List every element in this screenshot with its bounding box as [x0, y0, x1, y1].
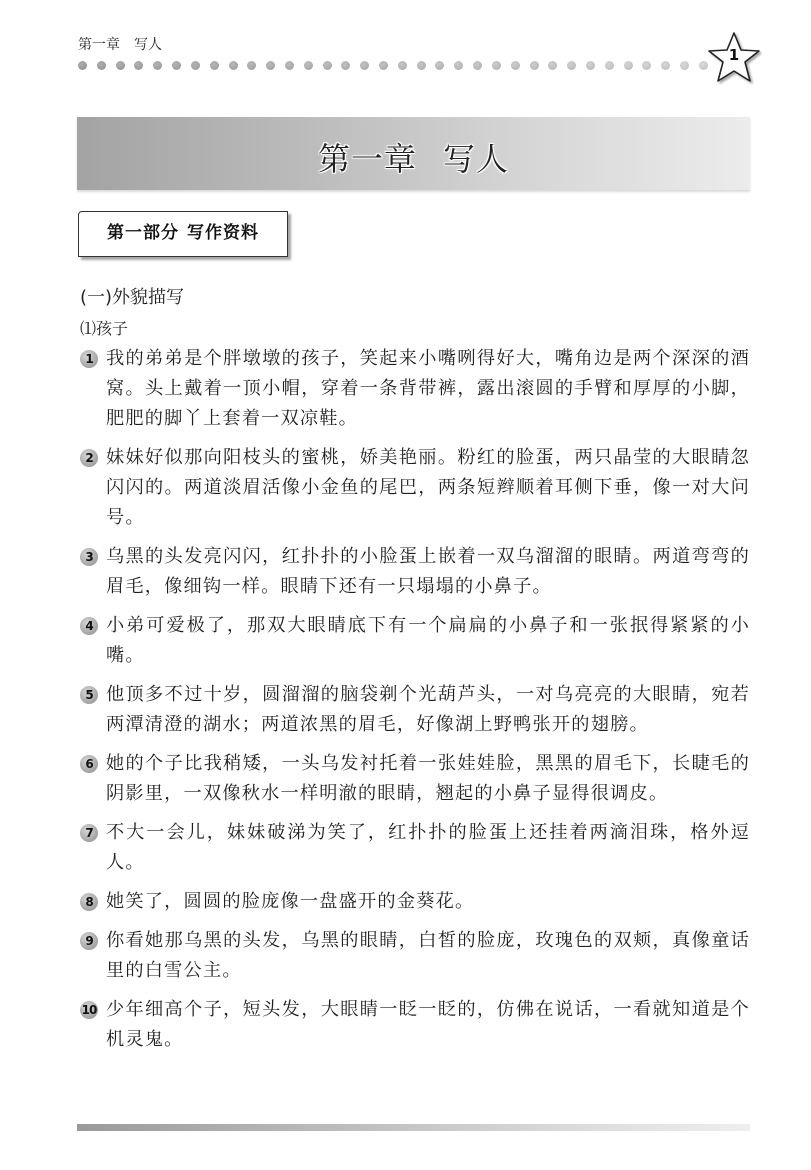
section-label-box: 第一部分写作资料: [78, 211, 288, 257]
dot: [78, 61, 87, 70]
number-badge: 8: [80, 893, 98, 911]
dot: [417, 61, 426, 70]
dot: [567, 61, 576, 70]
list-item: 10少年细高个子，短头发，大眼睛一眨一眨的，仿佛在说话，一看就知道是个机灵鬼。: [80, 995, 750, 1055]
item-text: 你看她那乌黑的头发，乌黑的眼睛，白皙的脸庞，玫瑰色的双颊，真像童话里的白雪公主。: [106, 930, 750, 981]
number-badge: 10: [80, 1001, 98, 1019]
dot: [172, 61, 181, 70]
chapter-title-text: 写人: [443, 140, 509, 178]
item-text: 她笑了，圆圆的脸庞像一盘盛开的金葵花。: [106, 891, 474, 912]
list-item: 2妹妹好似那向阳枝头的蜜桃，娇美艳丽。粉红的脸蛋，两只晶莹的大眼睛忽闪闪的。两道…: [80, 443, 750, 533]
list-item: 9你看她那乌黑的头发，乌黑的眼睛，白皙的脸庞，玫瑰色的双颊，真像童话里的白雪公主…: [80, 926, 750, 986]
item-text: 不大一会儿，妹妹破涕为笑了，红扑扑的脸蛋上还挂着两滴泪珠，格外逗人。: [106, 822, 750, 873]
item-text: 他顶多不过十岁，圆溜溜的脑袋剃个光葫芦头，一对乌亮亮的大眼睛，宛若两潭清澄的湖水…: [106, 684, 750, 735]
number-badge: 5: [80, 686, 98, 704]
dot: [435, 61, 444, 70]
dot: [492, 61, 501, 70]
number-badge: 6: [80, 755, 98, 773]
item-text: 小弟可爱极了，那双大眼睛底下有一个扁扁的小鼻子和一张抿得紧紧的小嘴。: [106, 615, 750, 666]
item-text: 我的弟弟是个胖墩墩的孩子，笑起来小嘴咧得好大，嘴角边是两个深深的酒窝。头上戴着一…: [106, 348, 750, 429]
chapter-title-number: 第一章: [318, 140, 417, 178]
running-head-title: 写人: [134, 37, 162, 53]
item-text: 她的个子比我稍矮，一头乌发衬托着一张娃娃脸，黑黑的眉毛下，长睫毛的阴影里，一双像…: [106, 753, 750, 804]
dot: [97, 61, 106, 70]
dot: [642, 61, 651, 70]
chapter-banner: 第一章写人: [77, 117, 750, 190]
dot: [586, 61, 595, 70]
subheading: (一)外貌描写: [80, 283, 184, 309]
dot: [605, 61, 614, 70]
list-item: 4小弟可爱极了，那双大眼睛底下有一个扁扁的小鼻子和一张抿得紧紧的小嘴。: [80, 611, 750, 671]
list-item: 3乌黑的头发亮闪闪，红扑扑的小脸蛋上嵌着一双乌溜溜的眼睛。两道弯弯的眉毛，像细钩…: [80, 542, 750, 602]
dot: [530, 61, 539, 70]
dot: [341, 61, 350, 70]
item-text: 乌黑的头发亮闪闪，红扑扑的小脸蛋上嵌着一双乌溜溜的眼睛。两道弯弯的眉毛，像细钩一…: [106, 546, 750, 597]
page-number: 1: [706, 46, 762, 64]
dot: [379, 61, 388, 70]
chapter-title: 第一章写人: [77, 134, 750, 180]
dotted-rule: [78, 60, 708, 70]
sub-subheading: ⑴孩子: [80, 316, 128, 339]
number-badge: 4: [80, 617, 98, 635]
dot: [229, 61, 238, 70]
item-text: 少年细高个子，短头发，大眼睛一眨一眨的，仿佛在说话，一看就知道是个机灵鬼。: [106, 999, 750, 1050]
dot: [116, 61, 125, 70]
list-item: 6她的个子比我稍矮，一头乌发衬托着一张娃娃脸，黑黑的眉毛下，长睫毛的阴影里，一双…: [80, 749, 750, 809]
number-badge: 9: [80, 932, 98, 950]
number-badge: 1: [80, 350, 98, 368]
dot: [661, 61, 670, 70]
dot: [266, 61, 275, 70]
dot: [210, 61, 219, 70]
dot: [680, 61, 689, 70]
dot: [360, 61, 369, 70]
running-head: 第一章写人: [78, 34, 162, 54]
dot: [191, 61, 200, 70]
dot: [323, 61, 332, 70]
dot: [624, 61, 633, 70]
list-item: 8她笑了，圆圆的脸庞像一盘盛开的金葵花。: [80, 887, 750, 917]
dot: [398, 61, 407, 70]
section-label-title: 写作资料: [187, 223, 259, 243]
list-item: 7不大一会儿，妹妹破涕为笑了，红扑扑的脸蛋上还挂着两滴泪珠，格外逗人。: [80, 818, 750, 878]
dot: [473, 61, 482, 70]
number-badge: 7: [80, 824, 98, 842]
dot: [247, 61, 256, 70]
dot: [153, 61, 162, 70]
footer-rule: [77, 1124, 750, 1131]
number-badge: 3: [80, 548, 98, 566]
running-head-chapter: 第一章: [78, 37, 120, 53]
item-list: 1我的弟弟是个胖墩墩的孩子，笑起来小嘴咧得好大，嘴角边是两个深深的酒窝。头上戴着…: [80, 344, 750, 1055]
dot: [134, 61, 143, 70]
item-text: 妹妹好似那向阳枝头的蜜桃，娇美艳丽。粉红的脸蛋，两只晶莹的大眼睛忽闪闪的。两道淡…: [106, 447, 750, 528]
dot: [548, 61, 557, 70]
section-label-part: 第一部分: [107, 223, 179, 243]
list-item: 1我的弟弟是个胖墩墩的孩子，笑起来小嘴咧得好大，嘴角边是两个深深的酒窝。头上戴着…: [80, 344, 750, 434]
dot: [304, 61, 313, 70]
dot: [454, 61, 463, 70]
dot: [511, 61, 520, 70]
dot: [285, 61, 294, 70]
number-badge: 2: [80, 449, 98, 467]
list-item: 5他顶多不过十岁，圆溜溜的脑袋剃个光葫芦头，一对乌亮亮的大眼睛，宛若两潭清澄的湖…: [80, 680, 750, 740]
